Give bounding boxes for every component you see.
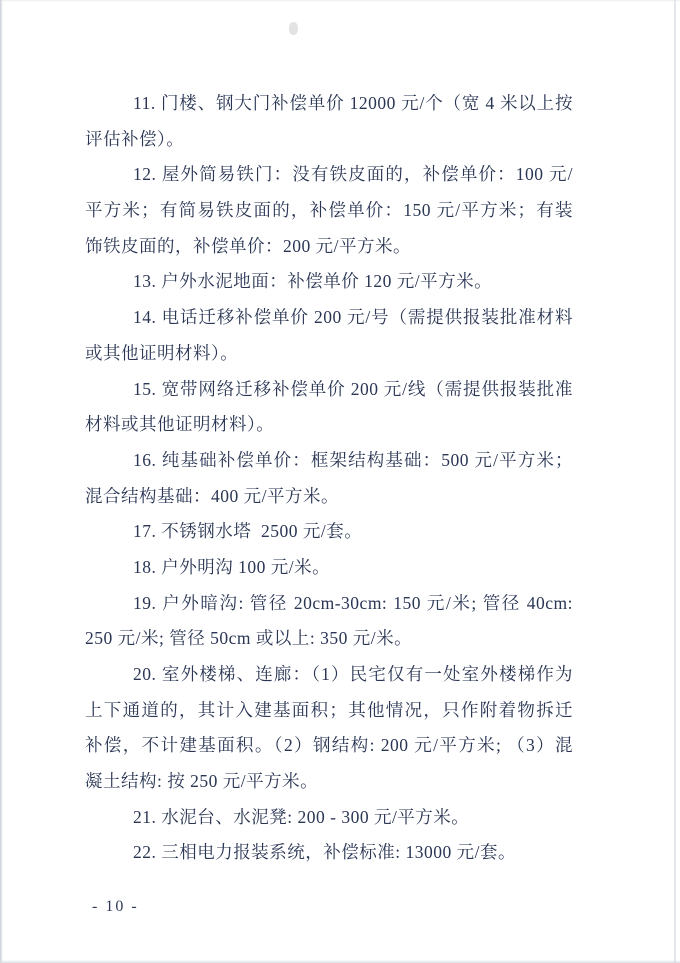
text-line: 14. 电话迁移补偿单价 200 元/号（需提供报装批准材料 xyxy=(85,300,573,336)
text-line: 或其他证明材料）。 xyxy=(85,336,573,372)
text-line: 15. 宽带网络迁移补偿单价 200 元/线（需提供报装批准 xyxy=(85,372,573,408)
scanned-document-page: 11. 门楼、钢大门补偿单价 12000 元/个（宽 4 米以上按评估补偿）。1… xyxy=(0,0,680,963)
page-number: - 10 - xyxy=(92,898,139,916)
scan-artifact xyxy=(289,22,298,35)
page-edge-left xyxy=(0,0,3,963)
text-line: 评估补偿）。 xyxy=(85,122,573,158)
text-line: 材料或其他证明材料）。 xyxy=(85,407,573,443)
text-line: 凝土结构: 按 250 元/平方米。 xyxy=(85,764,573,800)
text-line: 13. 户外水泥地面：补偿单价 120 元/平方米。 xyxy=(85,264,573,300)
text-line: 上下通道的，其计入建基面积；其他情况，只作附着物拆迁 xyxy=(85,693,573,729)
text-line: 17. 不锈钢水塔 2500 元/套。 xyxy=(85,514,573,550)
text-line: 12. 屋外简易铁门：没有铁皮面的，补偿单价：100 元/ xyxy=(85,157,573,193)
text-line: 补偿，不计建基面积。（2）钢结构: 200 元/平方米; （3）混 xyxy=(85,728,573,764)
text-line: 混合结构基础：400 元/平方米。 xyxy=(85,479,573,515)
page-edge-top xyxy=(0,0,680,2)
text-line: 19. 户外暗沟: 管径 20cm-30cm: 150 元/米; 管径 40cm… xyxy=(85,586,573,622)
text-line: 22. 三相电力报装系统，补偿标准: 13000 元/套。 xyxy=(85,835,573,871)
document-body: 11. 门楼、钢大门补偿单价 12000 元/个（宽 4 米以上按评估补偿）。1… xyxy=(85,86,573,871)
page-edge-right xyxy=(674,0,676,963)
text-line: 饰铁皮面的，补偿单价：200 元/平方米。 xyxy=(85,229,573,265)
text-line: 18. 户外明沟 100 元/米。 xyxy=(85,550,573,586)
text-line: 250 元/米; 管径 50cm 或以上: 350 元/米。 xyxy=(85,621,573,657)
text-line: 平方米；有简易铁皮面的，补偿单价：150 元/平方米；有装 xyxy=(85,193,573,229)
text-line: 21. 水泥台、水泥凳: 200 - 300 元/平方米。 xyxy=(85,800,573,836)
text-line: 16. 纯基础补偿单价：框架结构基础：500 元/平方米； xyxy=(85,443,573,479)
text-line: 20. 室外楼梯、连廊：（1）民宅仅有一处室外楼梯作为 xyxy=(85,657,573,693)
text-line: 11. 门楼、钢大门补偿单价 12000 元/个（宽 4 米以上按 xyxy=(85,86,573,122)
